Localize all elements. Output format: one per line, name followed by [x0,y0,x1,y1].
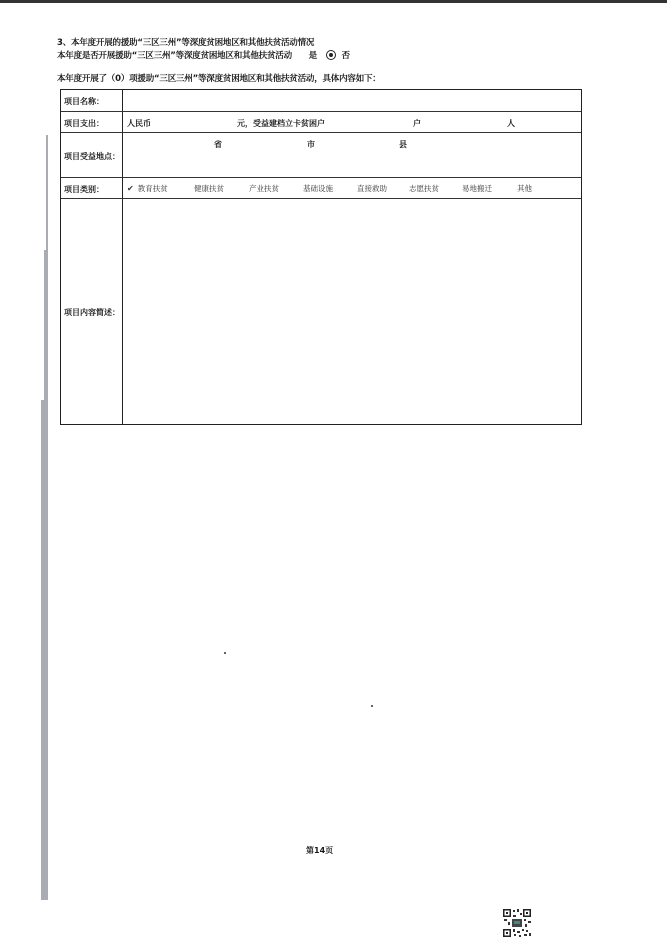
row-project-name: 项目名称： [61,90,581,112]
people-unit-label: 人 [507,118,515,129]
poverty-activity-question: 本年度是否开展援助“三区三州”等深度贫困地区和其他扶贫活动 是 否 [57,49,350,61]
project-name-label: 项目名称： [64,96,104,107]
category-industry[interactable]: 产业扶贫 [249,183,279,194]
project-description-label: 项目内容简述： [64,307,120,318]
province-label: 省 [214,139,222,150]
qr-code-icon [502,908,532,938]
category-health[interactable]: 健康扶贫 [194,183,224,194]
row-project-description: 项目内容简述： [61,199,581,424]
scan-edge-shadow [44,250,48,400]
category-education[interactable]: ✔教育扶贫 [127,183,168,194]
scan-speck [371,705,373,707]
scan-speck [224,652,226,654]
activity-summary: 本年度开展了（0）项援助“三区三州”等深度贫困地区和其他扶贫活动，具体内容如下： [57,72,381,84]
city-label: 市 [307,139,315,150]
yuan-households-label: 元，受益建档立卡贫困户 [237,118,325,129]
page-number: 第14页 [306,845,333,856]
scanner-top-border [0,0,667,3]
row-project-category: 项目类别： ✔教育扶贫 健康扶贫 产业扶贫 基础设施 直接救助 志愿扶贫 易地搬… [61,178,581,199]
project-expense-label: 项目支出： [64,118,104,129]
project-table: 项目名称： 项目支出： 人民币 元，受益建档立卡贫困户 户 人 项目受益地点： … [60,89,582,425]
section-heading: 3、本年度开展的援助“三区三州”等深度贫困地区和其他扶贫活动情况 [57,36,314,48]
check-icon: ✔ [127,184,134,193]
question-text: 本年度是否开展援助“三区三州”等深度贫困地区和其他扶贫活动 [57,51,292,61]
project-category-label: 项目类别： [64,184,104,195]
category-infrastructure[interactable]: 基础设施 [303,183,333,194]
category-other[interactable]: 其他 [517,183,532,194]
scan-edge-shadow [41,400,48,900]
category-direct-aid[interactable]: 直接救助 [357,183,387,194]
project-location-label: 项目受益地点： [64,151,120,162]
currency-label: 人民币 [127,118,151,129]
row-project-location: 项目受益地点： 省 市 县 [61,133,581,178]
option-no-label[interactable]: 否 [342,51,350,61]
households-unit-label: 户 [413,118,421,129]
radio-selected-icon[interactable] [326,50,336,60]
row-project-expense: 项目支出： 人民币 元，受益建档立卡贫困户 户 人 [61,112,581,133]
scan-edge-shadow [46,135,48,250]
county-label: 县 [399,139,407,150]
option-yes-label[interactable]: 是 [309,51,317,61]
category-volunteer[interactable]: 志愿扶贫 [409,183,439,194]
category-relocation[interactable]: 易地搬迁 [462,183,492,194]
